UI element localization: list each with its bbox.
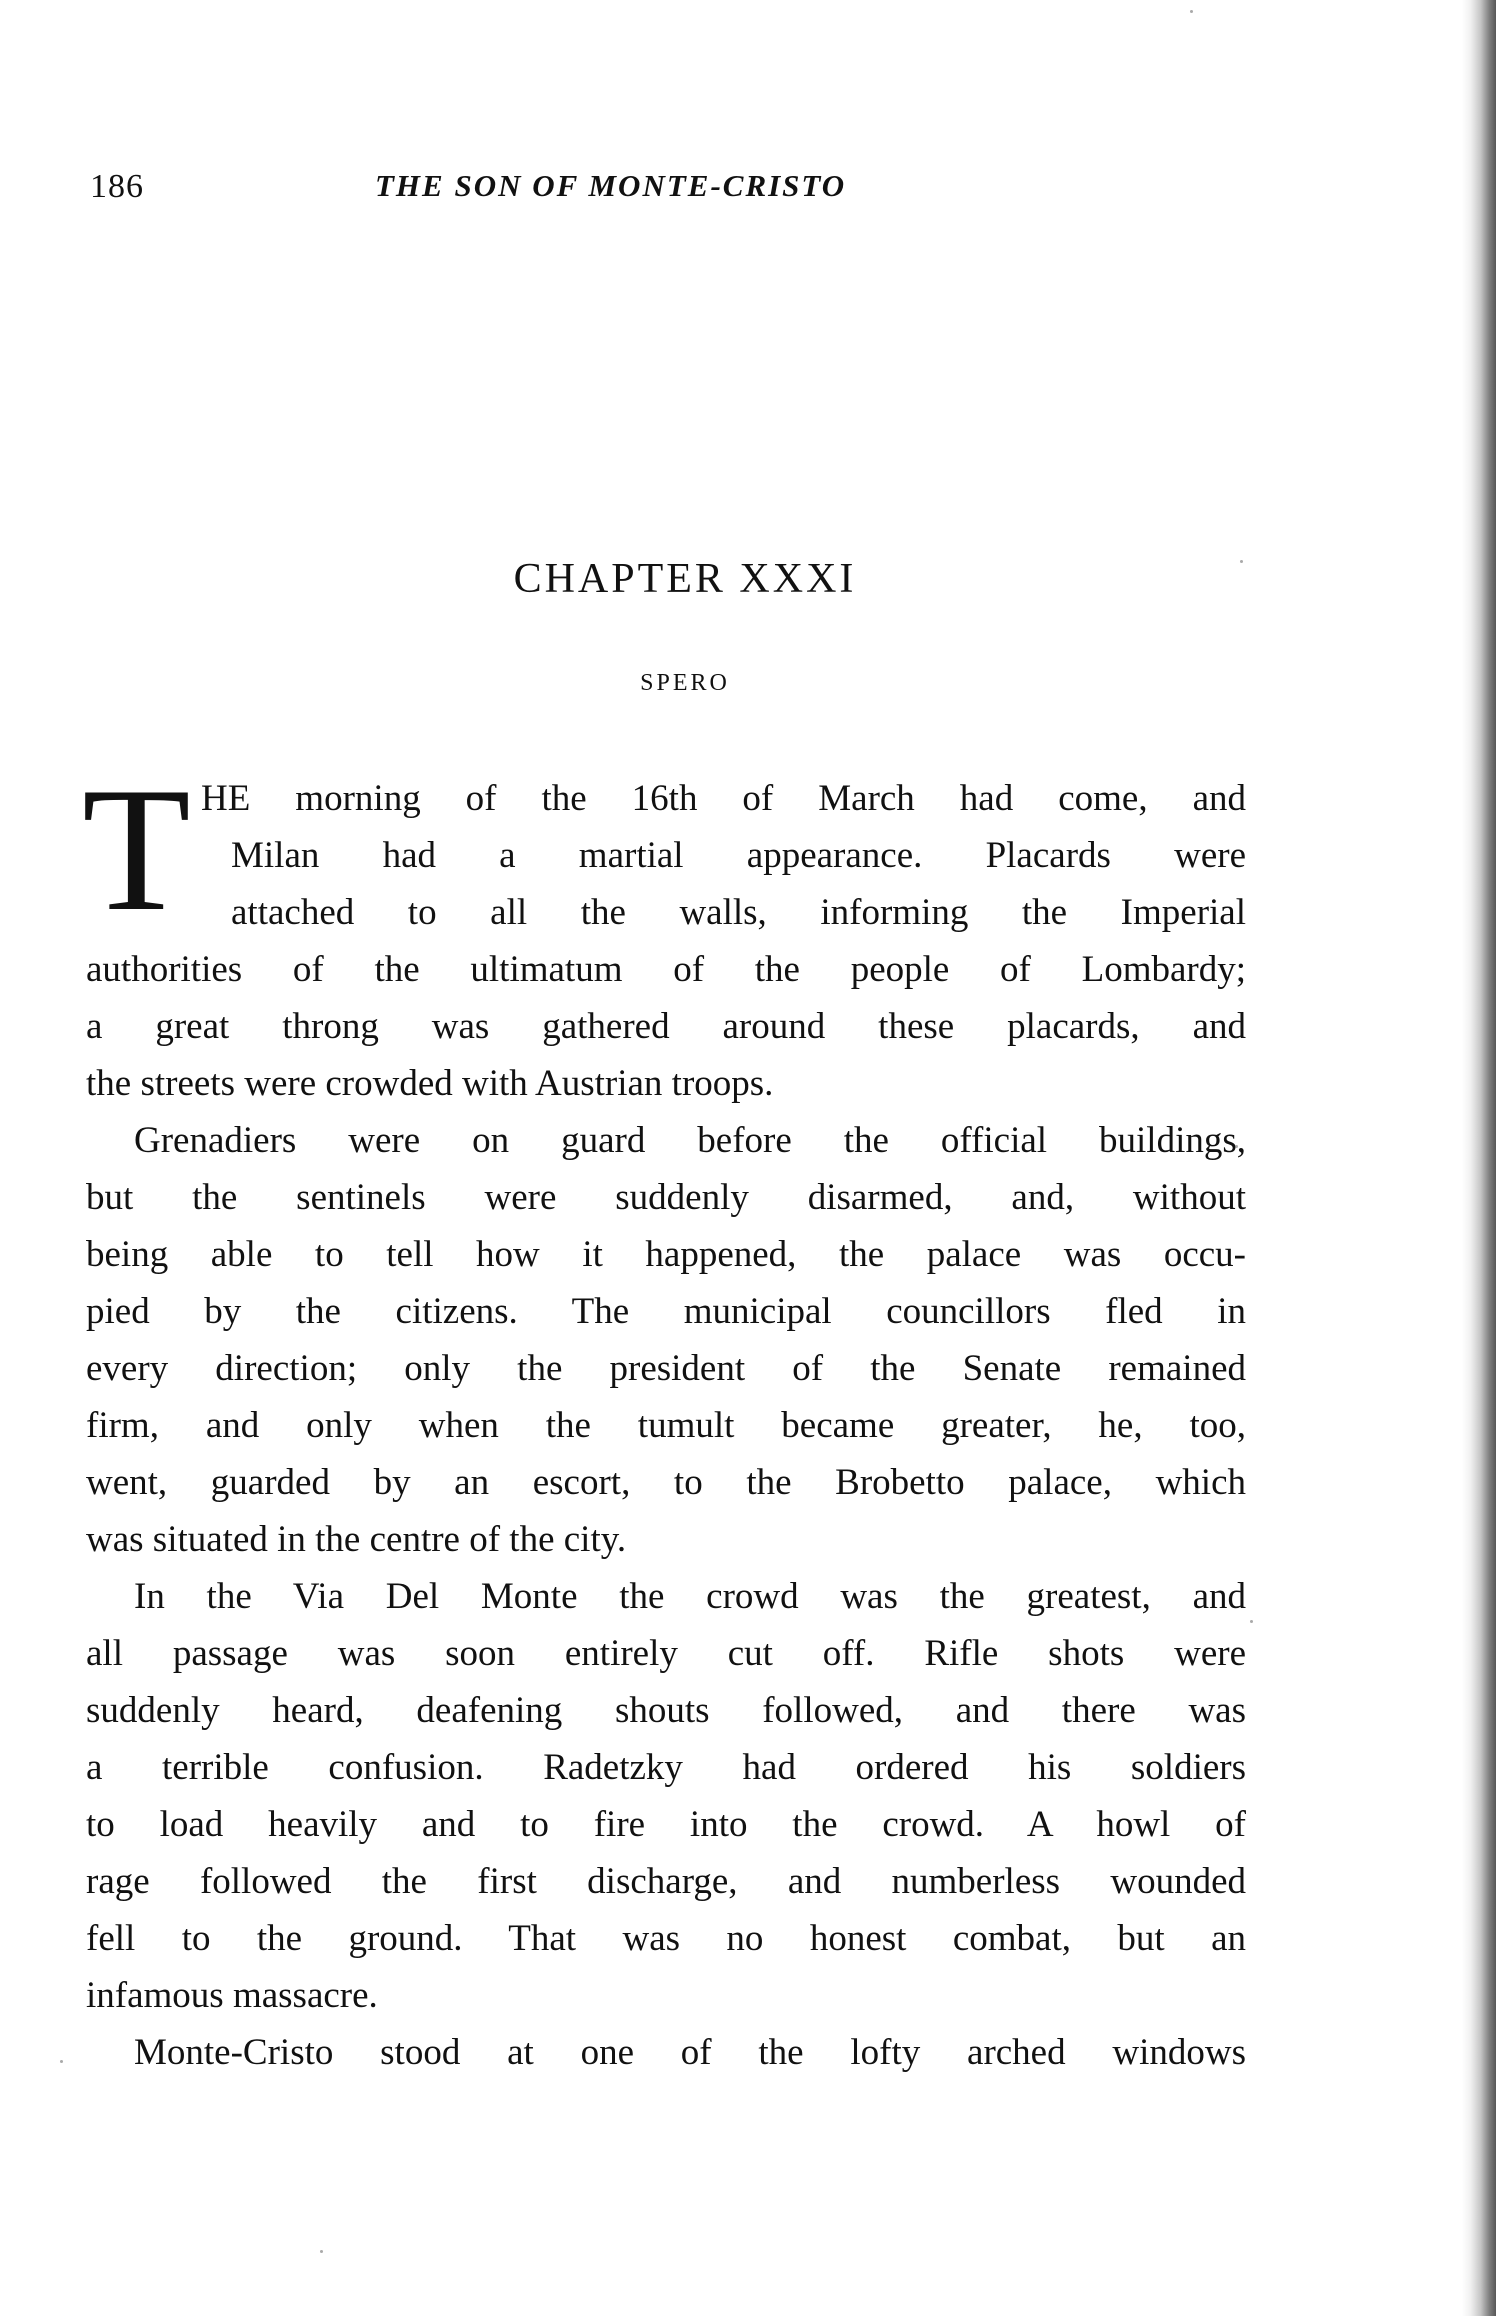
text-line: Milan had a martial appearance. Placards… bbox=[86, 827, 1246, 884]
drop-cap: T bbox=[82, 774, 191, 924]
text-line: was situated in the centre of the city. bbox=[86, 1511, 1246, 1568]
text-line: Grenadiers were on guard before the offi… bbox=[86, 1112, 1246, 1169]
text-line: In the Via Del Monte the crowd was the g… bbox=[86, 1568, 1246, 1625]
chapter-heading: CHAPTER XXXI bbox=[0, 555, 1370, 603]
text-line: but the sentinels were suddenly disarmed… bbox=[86, 1169, 1246, 1226]
scan-speck bbox=[1190, 10, 1193, 13]
scan-speck bbox=[320, 2250, 323, 2253]
text-line: the streets were crowded with Austrian t… bbox=[86, 1055, 1246, 1112]
text-line: firm, and only when the tumult became gr… bbox=[86, 1397, 1246, 1454]
running-head: 186 THE SON OF MONTE-CRISTO bbox=[90, 168, 990, 218]
text-line: Monte-Cristo stood at one of the lofty a… bbox=[86, 2024, 1246, 2081]
text-line: attached to all the walls, informing the… bbox=[86, 884, 1246, 941]
text-line: all passage was soon entirely cut off. R… bbox=[86, 1625, 1246, 1682]
text-line: every direction; only the president of t… bbox=[86, 1340, 1246, 1397]
text-line: authorities of the ultimatum of the peop… bbox=[86, 941, 1246, 998]
text-line: rage followed the first discharge, and n… bbox=[86, 1853, 1246, 1910]
book-page: 186 THE SON OF MONTE-CRISTO CHAPTER XXXI… bbox=[0, 0, 1496, 2316]
text-line: HE morning of the 16th of March had come… bbox=[86, 770, 1246, 827]
scan-speck bbox=[1240, 560, 1243, 563]
page-number: 186 bbox=[90, 168, 144, 206]
text-line: being able to tell how it happened, the … bbox=[86, 1226, 1246, 1283]
text-line: pied by the citizens. The municipal coun… bbox=[86, 1283, 1246, 1340]
scan-speck bbox=[1250, 1620, 1253, 1623]
running-title: THE SON OF MONTE-CRISTO bbox=[375, 168, 846, 204]
text-line: a terrible confusion. Radetzky had order… bbox=[86, 1739, 1246, 1796]
text-line: went, guarded by an escort, to the Brobe… bbox=[86, 1454, 1246, 1511]
chapter-subtitle: SPERO bbox=[0, 670, 1370, 697]
text-line: infamous massacre. bbox=[86, 1967, 1246, 2024]
scan-speck bbox=[1235, 1145, 1238, 1148]
text-line: suddenly heard, deafening shouts followe… bbox=[86, 1682, 1246, 1739]
text-line: to load heavily and to fire into the cro… bbox=[86, 1796, 1246, 1853]
scan-speck bbox=[60, 2060, 63, 2063]
text-line: fell to the ground. That was no honest c… bbox=[86, 1910, 1246, 1967]
body-text: T HE morning of the 16th of March had co… bbox=[86, 770, 1246, 2081]
text-line: a great throng was gathered around these… bbox=[86, 998, 1246, 1055]
page-binding-edge bbox=[1462, 0, 1496, 2316]
